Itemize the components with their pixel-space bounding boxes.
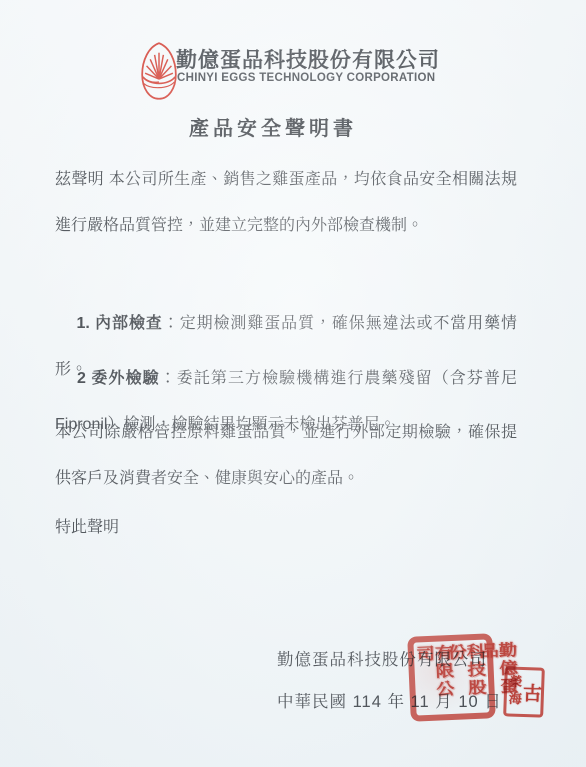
- egg-sunrise-logo-icon: [137, 41, 181, 101]
- scanned-declaration-page: 勤億蛋品科技股份有限公司 CHINYI EGGS TECHNOLOGY CORP…: [0, 0, 586, 767]
- company-seal-stamp: 勤億蛋品 科技股份 有限公司: [407, 633, 496, 722]
- intro-paragraph: 茲聲明 本公司所生產、銷售之雞蛋產品，均依食品安全相關法規進行嚴格品質管控，並建…: [55, 157, 517, 249]
- company-name-zh: 勤億蛋品科技股份有限公司: [176, 44, 440, 74]
- personal-seal-stamp: 古 榮海: [503, 666, 545, 717]
- closing-paragraph: 本公司除嚴格管控原料雞蛋品質，並進行外部定期檢驗，確保提供客戶及消費者安全、健康…: [55, 410, 517, 502]
- company-name-en: CHINYI EGGS TECHNOLOGY CORPORATION: [177, 72, 435, 84]
- personal-seal-column: 古: [521, 682, 541, 702]
- document-title: 產品安全聲明書: [0, 112, 546, 141]
- final-statement: 特此聲明: [55, 505, 517, 551]
- company-seal-column: 有限公司: [413, 644, 453, 713]
- list-item-2-label: 2 委外檢驗: [77, 370, 160, 387]
